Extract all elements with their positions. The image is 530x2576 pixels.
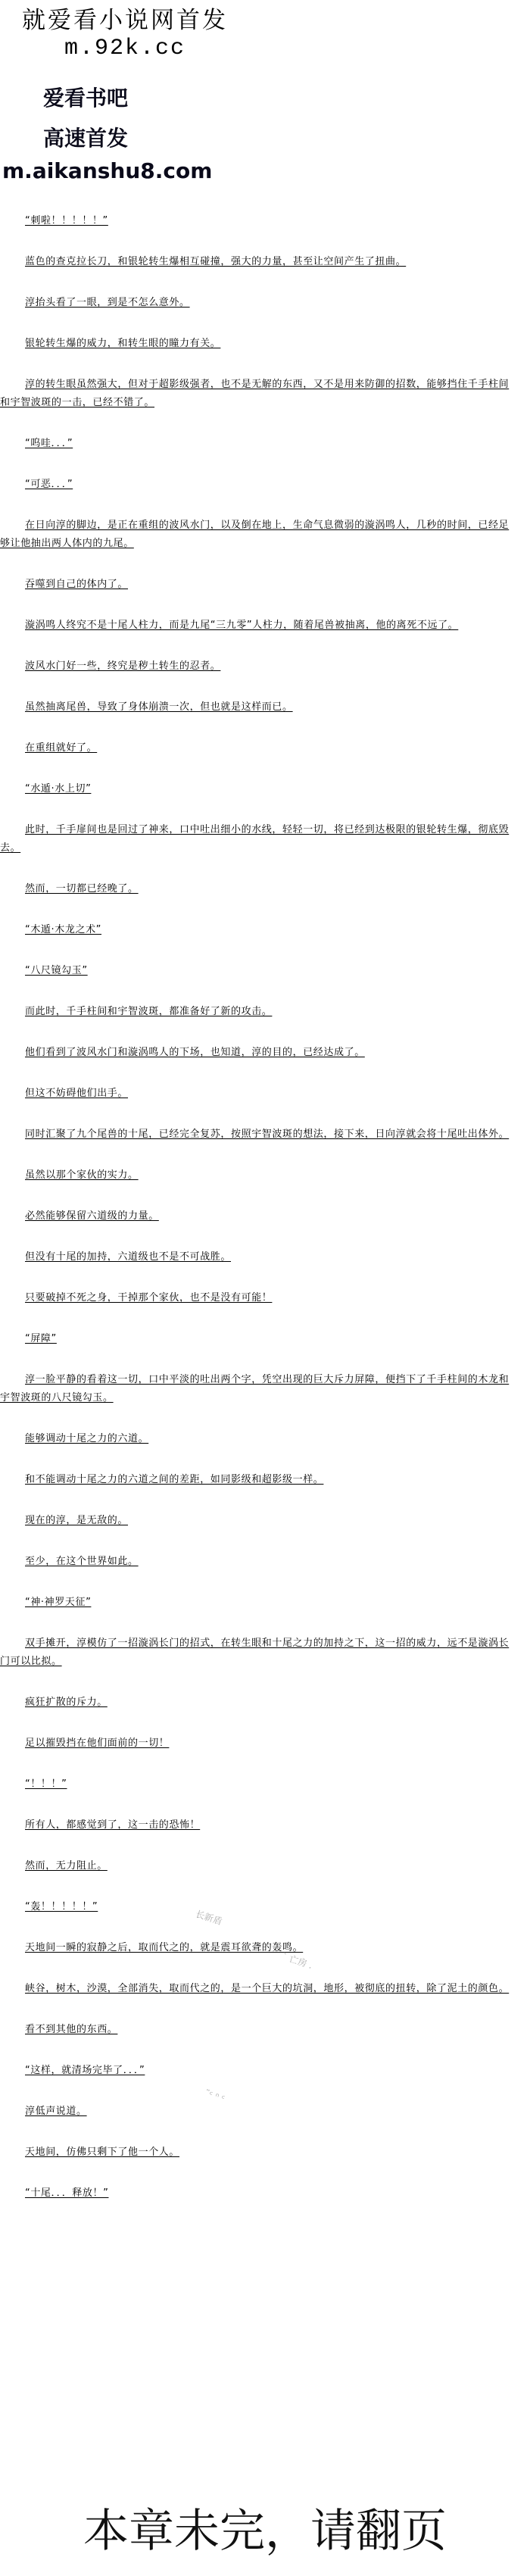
paragraph-text: 他们看到了波风水门和漩涡鸣人的下场，也知道，淳的目的，已经达成了。 — [25, 1047, 365, 1058]
paragraph-text: 淳低声说道。 — [25, 2106, 87, 2117]
paragraph: “木遁·木龙之术” — [0, 921, 530, 939]
paragraph-text: 疯狂扩散的斥力。 — [25, 1697, 108, 1708]
paragraph-text: “屏障” — [25, 1333, 57, 1344]
paragraph: “这样，就清场完毕了．．．” — [0, 2062, 530, 2080]
paragraph-text: 此时，千手扉间也是回过了神来，口中吐出细小的水线，轻轻一切，将已经到达极限的银轮… — [0, 824, 509, 854]
paragraph: 足以摧毁挡在他们面前的一切！ — [0, 1735, 530, 1753]
paragraph: 此时，千手扉间也是回过了神来，口中吐出细小的水线，轻轻一切，将已经到达极限的银轮… — [0, 821, 530, 857]
paragraph-text: 但这不妨碍他们出手。 — [25, 1088, 128, 1099]
paragraph-text: 和不能调动十尾之力的六道之间的差距，如同影级和超影级一样。 — [25, 1474, 323, 1485]
chapter-continue-notice: 本章未完，请翻页 — [0, 2509, 530, 2554]
paragraph: 双手摊开，淳模仿了一招漩涡长门的招式，在转生眼和十尾之力的加持之下，这一招的威力… — [0, 1635, 530, 1671]
paragraph: 漩涡鸣人终究不是十尾人柱力，而是九尾“三九零”人柱力，随着尾兽被抽离，他的离死不… — [0, 617, 530, 635]
paragraph: 虽然以那个家伙的实力。 — [0, 1166, 530, 1185]
paragraph: 和不能调动十尾之力的六道之间的差距，如同影级和超影级一样。 — [0, 1471, 530, 1489]
paragraph-text: 看不到其他的东西。 — [25, 2024, 117, 2035]
paragraph: 淳低声说道。 — [0, 2103, 530, 2121]
paragraph: 必然能够保留六道级的力量。 — [0, 1207, 530, 1226]
paragraph: 波风水门好一些，终究是秽土转生的忍者。 — [0, 657, 530, 676]
paragraph-text: “十尾．．．释放！” — [25, 2187, 108, 2199]
paragraph-text: “这样，就清场完毕了．．．” — [25, 2065, 145, 2076]
paragraph: 吞噬到自己的体内了。 — [0, 576, 530, 594]
promo-url: m.aikanshu8.com — [2, 158, 212, 183]
paragraph-text: 波风水门好一些，终究是秽土转生的忍者。 — [25, 660, 220, 672]
paragraph-text: 天地间一瞬的寂静之后，取而代之的，就是震耳欲聋的轰鸣。 — [25, 1942, 303, 1953]
paragraph: “！！！” — [0, 1775, 530, 1794]
paragraph-text: 虽然抽离尾兽，导致了身体崩溃一次，但也就是这样而已。 — [25, 701, 293, 713]
paragraph-text: “水遁·水上切” — [25, 783, 91, 795]
paragraph: 然而，一切都已经晚了。 — [0, 880, 530, 898]
site-banner: 就爱看小说网首发 m.92k.cc — [0, 9, 250, 60]
site-name: 就爱看小说网首发 — [0, 9, 250, 33]
paragraph-text: 淳抬头看了一眼，到是不怎么意外。 — [25, 297, 190, 308]
paragraph: 淳的转生眼虽然强大，但对于超影级强者，也不是无解的东西，又不是用来防御的招数，能… — [0, 376, 530, 412]
paragraph-text: 只要破掉不死之身，干掉那个家伙，也不是没有可能！ — [25, 1292, 272, 1304]
paragraph-text: 蓝色的查克拉长刀，和银轮转生爆相互碰撞，强大的力量，甚至让空间产生了扭曲。 — [25, 256, 406, 267]
paragraph-text: “八尺镜勾玉” — [25, 965, 88, 976]
paragraph-text: “呜哇．．．” — [25, 438, 73, 449]
paragraph: “神·神罗天征” — [0, 1594, 530, 1612]
chapter-content: “刺啦！！！！！”蓝色的查克拉长刀，和银轮转生爆相互碰撞，强大的力量，甚至让空间… — [0, 212, 530, 2225]
paragraph: 所有人，都感觉到了，这一击的恐怖！ — [0, 1816, 530, 1834]
paragraph: 峡谷，树木，沙漠，全部消失，取而代之的，是一个巨大的坑洞，地形，被彻底的扭转，除… — [0, 1980, 530, 1998]
paragraph-text: 而此时，千手柱间和宇智波斑，都准备好了新的攻击。 — [25, 1006, 272, 1017]
paragraph-text: 虽然以那个家伙的实力。 — [25, 1169, 139, 1181]
paragraph: 天地间一瞬的寂静之后，取而代之的，就是震耳欲聋的轰鸣。 — [0, 1939, 530, 1957]
paragraph-text: “可恶．．．” — [25, 479, 73, 490]
paragraph: 现在的淳，是无敌的。 — [0, 1512, 530, 1530]
paragraph: 然而，无力阻止。 — [0, 1857, 530, 1875]
paragraph: “八尺镜勾玉” — [0, 962, 530, 980]
paragraph: 但没有十尾的加持，六道级也不是不可战胜。 — [0, 1248, 530, 1266]
paragraph-text: “刺啦！！！！！” — [25, 215, 108, 226]
paragraph: 同时汇聚了九个尾兽的十尾，已经完全复苏，按照宇智波斑的想法，接下来，日向淳就会将… — [0, 1126, 530, 1144]
paragraph-text: “！！！” — [25, 1778, 67, 1790]
paragraph-text: 然而，一切都已经晚了。 — [25, 883, 139, 895]
paragraph: 蓝色的查克拉长刀，和银轮转生爆相互碰撞，强大的力量，甚至让空间产生了扭曲。 — [0, 253, 530, 271]
paragraph-text: 淳一脸平静的看着这一切，口中平淡的吐出两个字，凭空出现的巨大斥力屏障，便挡下了千… — [0, 1374, 509, 1404]
paragraph-text: 能够调动十尾之力的六道。 — [25, 1433, 148, 1444]
paragraph: 只要破掉不死之身，干掉那个家伙，也不是没有可能！ — [0, 1289, 530, 1307]
site-url: m.92k.cc — [0, 37, 250, 60]
paragraph: “可恶．．．” — [0, 476, 530, 494]
paragraph-text: 但没有十尾的加持，六道级也不是不可战胜。 — [25, 1251, 231, 1263]
paragraph-text: 现在的淳，是无敌的。 — [25, 1515, 128, 1526]
paragraph-text: 双手摊开，淳模仿了一招漩涡长门的招式，在转生眼和十尾之力的加持之下，这一招的威力… — [0, 1638, 509, 1667]
paragraph-text: “木遁·木龙之术” — [25, 924, 101, 935]
paragraph-text: 淳的转生眼虽然强大，但对于超影级强者，也不是无解的东西，又不是用来防御的招数，能… — [0, 379, 509, 408]
paragraph: 在重组就好了。 — [0, 739, 530, 757]
paragraph: “刺啦！！！！！” — [0, 212, 530, 230]
paragraph: 看不到其他的东西。 — [0, 2021, 530, 2039]
promo-title: 爱看书吧 — [43, 82, 128, 112]
paragraph-text: 银轮转生爆的威力，和转生眼的瞳力有关。 — [25, 338, 220, 349]
paragraph: “十尾．．．释放！” — [0, 2184, 530, 2203]
paragraph-text: 漩涡鸣人终究不是十尾人柱力，而是九尾“三九零”人柱力，随着尾兽被抽离，他的离死不… — [25, 620, 458, 631]
paragraph-text: 在日向淳的脚边，是正在重组的波风水门，以及倒在地上，生命气息微弱的漩涡鸣人，几秒… — [0, 520, 509, 549]
promo-subtitle: 高速首发 — [43, 122, 128, 152]
paragraph: 但这不妨碍他们出手。 — [0, 1085, 530, 1103]
paragraph: 银轮转生爆的威力，和转生眼的瞳力有关。 — [0, 335, 530, 353]
paragraph: “屏障” — [0, 1330, 530, 1348]
paragraph-text: 至少，在这个世界如此。 — [25, 1556, 139, 1567]
paragraph: 在日向淳的脚边，是正在重组的波风水门，以及倒在地上，生命气息微弱的漩涡鸣人，几秒… — [0, 517, 530, 553]
paragraph: “轰！！！！！” — [0, 1898, 530, 1916]
paragraph: 至少，在这个世界如此。 — [0, 1553, 530, 1571]
paragraph: “水遁·水上切” — [0, 780, 530, 798]
paragraph-text: “神·神罗天征” — [25, 1597, 91, 1608]
paragraph-text: 峡谷，树木，沙漠，全部消失，取而代之的，是一个巨大的坑洞，地形，被彻底的扭转，除… — [25, 1983, 509, 1994]
paragraph: 淳抬头看了一眼，到是不怎么意外。 — [0, 294, 530, 312]
paragraph: 天地间，仿佛只剩下了他一个人。 — [0, 2144, 530, 2162]
paragraph-text: 必然能够保留六道级的力量。 — [25, 1210, 159, 1222]
paragraph-text: 吞噬到自己的体内了。 — [25, 579, 128, 590]
paragraph: 能够调动十尾之力的六道。 — [0, 1430, 530, 1448]
paragraph-text: 足以摧毁挡在他们面前的一切！ — [25, 1738, 169, 1749]
paragraph-text: 同时汇聚了九个尾兽的十尾，已经完全复苏，按照宇智波斑的想法，接下来，日向淳就会将… — [25, 1129, 509, 1140]
paragraph: “呜哇．．．” — [0, 435, 530, 453]
paragraph-text: 天地间，仿佛只剩下了他一个人。 — [25, 2147, 179, 2158]
paragraph: 虽然抽离尾兽，导致了身体崩溃一次，但也就是这样而已。 — [0, 698, 530, 717]
paragraph: 他们看到了波风水门和漩涡鸣人的下场，也知道，淳的目的，已经达成了。 — [0, 1044, 530, 1062]
paragraph-text: 所有人，都感觉到了，这一击的恐怖！ — [25, 1819, 200, 1831]
paragraph-text: 在重组就好了。 — [25, 742, 97, 754]
paragraph: 而此时，千手柱间和宇智波斑，都准备好了新的攻击。 — [0, 1003, 530, 1021]
paragraph-text: 然而，无力阻止。 — [25, 1860, 108, 1872]
paragraph-text: “轰！！！！！” — [25, 1901, 98, 1912]
paragraph: 淳一脸平静的看着这一切，口中平淡的吐出两个字，凭空出现的巨大斥力屏障，便挡下了千… — [0, 1371, 530, 1407]
paragraph: 疯狂扩散的斥力。 — [0, 1694, 530, 1712]
